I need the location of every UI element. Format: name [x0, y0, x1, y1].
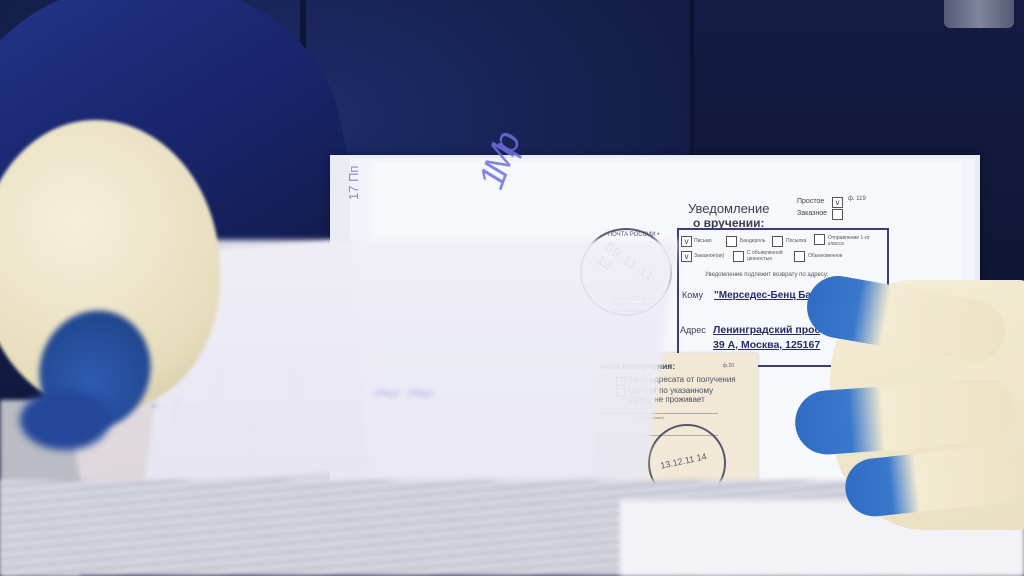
option-checkbox: v [681, 236, 692, 247]
option-checkbox [733, 251, 744, 262]
address-line-2: 39 А, Москва, 125167 [713, 338, 820, 353]
option-label: Обыкновенное [808, 253, 843, 259]
option-label: Посылка [786, 238, 806, 244]
postmark-2-date: 13.12.11 14 [659, 451, 707, 471]
address-label: Адрес [680, 325, 706, 335]
option-label: С объявленной ценностью [747, 250, 792, 262]
option-checkbox [772, 236, 783, 247]
address-value: Ленинградский прос 39 А, Москва, 125167 [713, 323, 820, 353]
address-line-1: Ленинградский прос [713, 323, 820, 338]
form-number: ф. 119 [848, 196, 866, 202]
notice-form-number: ф.20 [723, 363, 734, 369]
handwritten-side-note: 17 Пп [346, 166, 361, 200]
option-label: Заказное(ая) [694, 253, 724, 259]
simple-label: Простое [797, 198, 824, 205]
option-checkbox [794, 251, 805, 262]
option-checkbox: v [681, 251, 692, 262]
photo-scene: 17 Пп 1Мр Уведомление о вручении: Просто… [0, 0, 1024, 576]
registered-label: Заказное [797, 210, 827, 217]
simple-checkbox: v [832, 197, 843, 208]
registered-checkbox [832, 209, 843, 220]
postmark-ring-text: • ПОЧТА РОССИИ • [604, 232, 659, 238]
option-label: Отправление 1-го класса [828, 235, 878, 247]
jacket-seam [690, 0, 694, 180]
blurred-handwriting: ∼∼ [370, 370, 437, 416]
option-label: Бандероль [740, 238, 766, 244]
option-label: Письмо [694, 238, 712, 244]
recipient-label: Кому [682, 290, 703, 300]
jacket-reflective-strip [944, 0, 1014, 28]
option-checkbox [814, 234, 825, 245]
return-note: Уведомление подлежит возврату по адресу: [705, 272, 829, 278]
left-glove-coated-tip [20, 390, 110, 450]
option-checkbox [726, 236, 737, 247]
form-title: Уведомление о вручении: [688, 201, 769, 231]
form-title-main: Уведомление [688, 201, 769, 216]
